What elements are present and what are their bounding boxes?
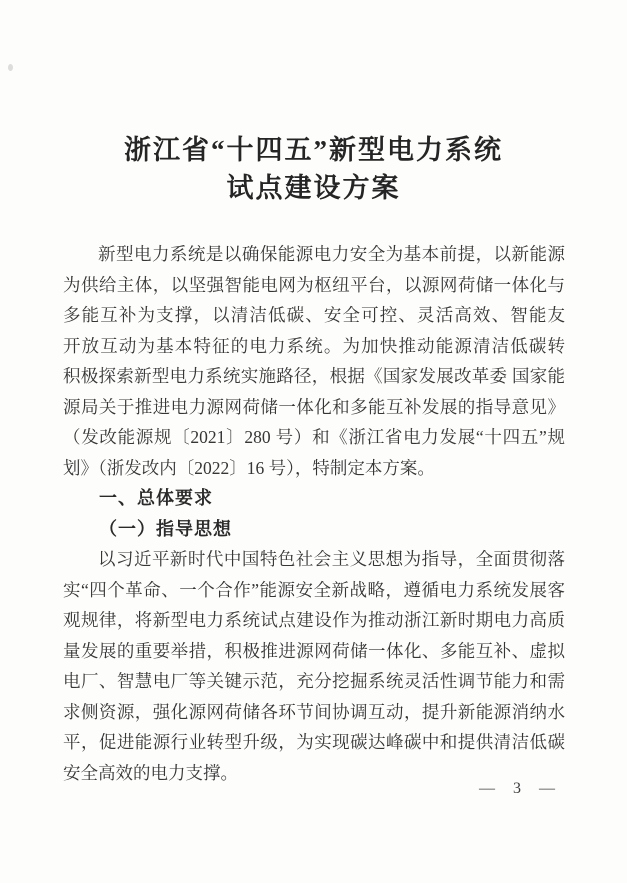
document-page: 浙江省“十四五”新型电力系统 试点建设方案 新型电力系统是以确保能源电力安全为基… — [0, 0, 627, 883]
document-body: 新型电力系统是以确保能源电力安全为基本前提，以新能源 为供给主体，以坚强智能电网… — [63, 239, 565, 788]
page-number: — 3 — — [479, 780, 557, 798]
paragraph1-line-3: 多能互补为支撑，以清洁低碳、安全可控、灵活高效、智能友好、 — [63, 300, 565, 331]
paragraph1-line-8: 划》（浙发改内〔2022〕16 号），特制定本方案。 — [63, 453, 565, 484]
document-title-line-2: 试点建设方案 — [62, 169, 565, 207]
section-heading-overall-requirements: 一、总体要求 — [63, 483, 565, 514]
paragraph2-line-4: 量发展的重要举措，积极推进源网荷储一体化、多能互补、虚拟 — [63, 636, 565, 667]
paragraph1-line-1: 新型电力系统是以确保能源电力安全为基本前提，以新能源 — [63, 239, 565, 270]
paragraph2-line-3: 观规律，将新型电力系统试点建设作为推动浙江新时期电力高质 — [63, 605, 565, 636]
document-title: 浙江省“十四五”新型电力系统 试点建设方案 — [62, 131, 565, 207]
paragraph1-line-7: （发改能源规〔2021〕280 号）和《浙江省电力发展“十四五”规 — [63, 422, 565, 453]
paragraph1-line-5: 积极探索新型电力系统实施路径，根据《国家发展改革委 国家能 — [63, 361, 565, 392]
paragraph2-line-1: 以习近平新时代中国特色社会主义思想为指导，全面贯彻落 — [63, 544, 565, 575]
document-title-line-1: 浙江省“十四五”新型电力系统 — [62, 131, 565, 169]
paragraph1-line-2: 为供给主体，以坚强智能电网为枢纽平台，以源网荷储一体化与 — [63, 270, 565, 301]
paragraph2-line-2: 实“四个革命、一个合作”能源安全新战略，遵循电力系统发展客 — [63, 575, 565, 606]
paragraph1-line-4: 开放互动为基本特征的电力系统。为加快推动能源清洁低碳转型， — [63, 331, 565, 362]
paragraph2-line-6: 求侧资源，强化源网荷储各环节间协调互动，提升新能源消纳水 — [63, 697, 565, 728]
paragraph1-line-6: 源局关于推进电力源网荷储一体化和多能互补发展的指导意见》 — [63, 392, 565, 423]
paragraph2-line-5: 电厂、智慧电厂等关键示范，充分挖掘系统灵活性调节能力和需 — [63, 666, 565, 697]
subsection-heading-guiding-ideology: （一）指导思想 — [63, 514, 565, 545]
paragraph2-line-7: 平，促进能源行业转型升级，为实现碳达峰碳中和提供清洁低碳 — [63, 727, 565, 758]
scan-artifact — [8, 64, 13, 71]
